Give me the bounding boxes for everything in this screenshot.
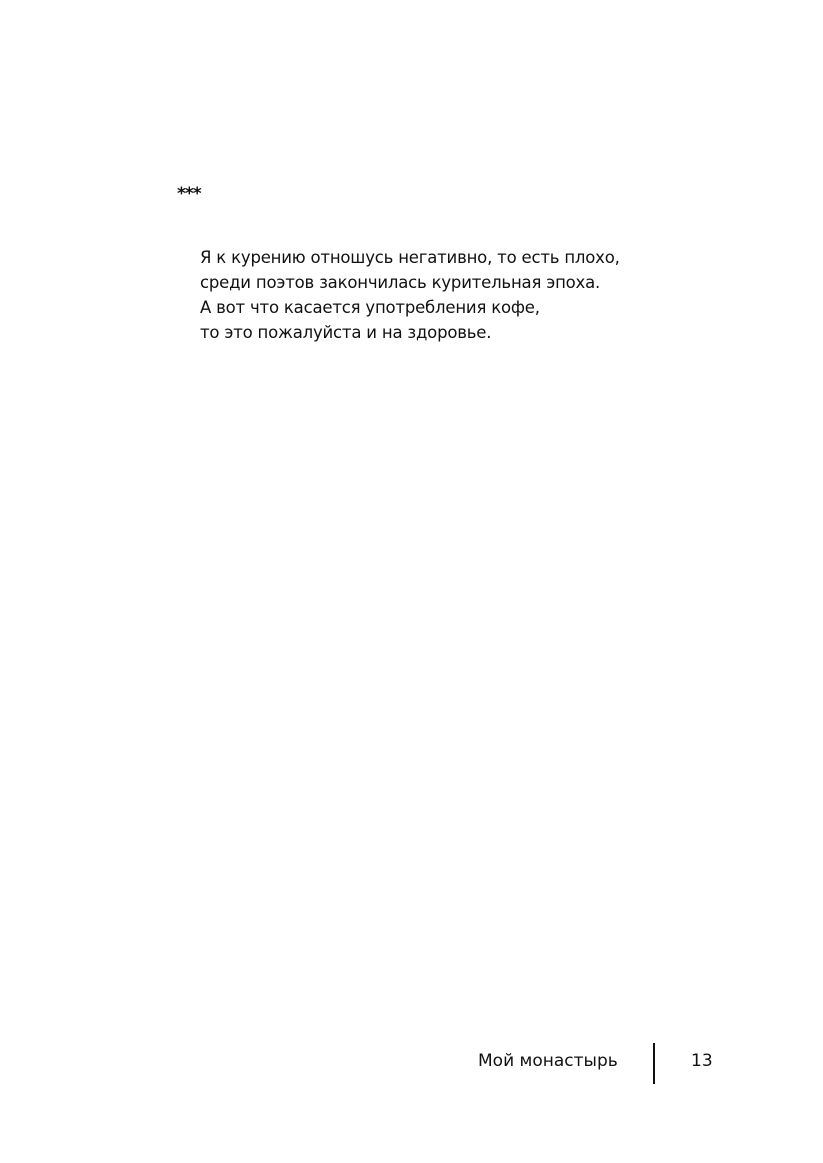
poem-line: Я к курению отношусь негативно, то есть … bbox=[200, 245, 620, 270]
poem-line: среди поэтов закончилась курительная эпо… bbox=[200, 270, 620, 295]
poem-line: то это пожалуйста и на здоровье. bbox=[200, 320, 620, 345]
section-separator: *** bbox=[177, 184, 201, 204]
poem-line: А вот что касается употребления кофе, bbox=[200, 295, 620, 320]
page-number: 13 bbox=[691, 1050, 713, 1072]
poem-stanza: Я к курению отношусь негативно, то есть … bbox=[200, 245, 620, 345]
footer-divider bbox=[653, 1043, 655, 1084]
running-footer-book-title: Мой монастырь bbox=[478, 1050, 618, 1072]
